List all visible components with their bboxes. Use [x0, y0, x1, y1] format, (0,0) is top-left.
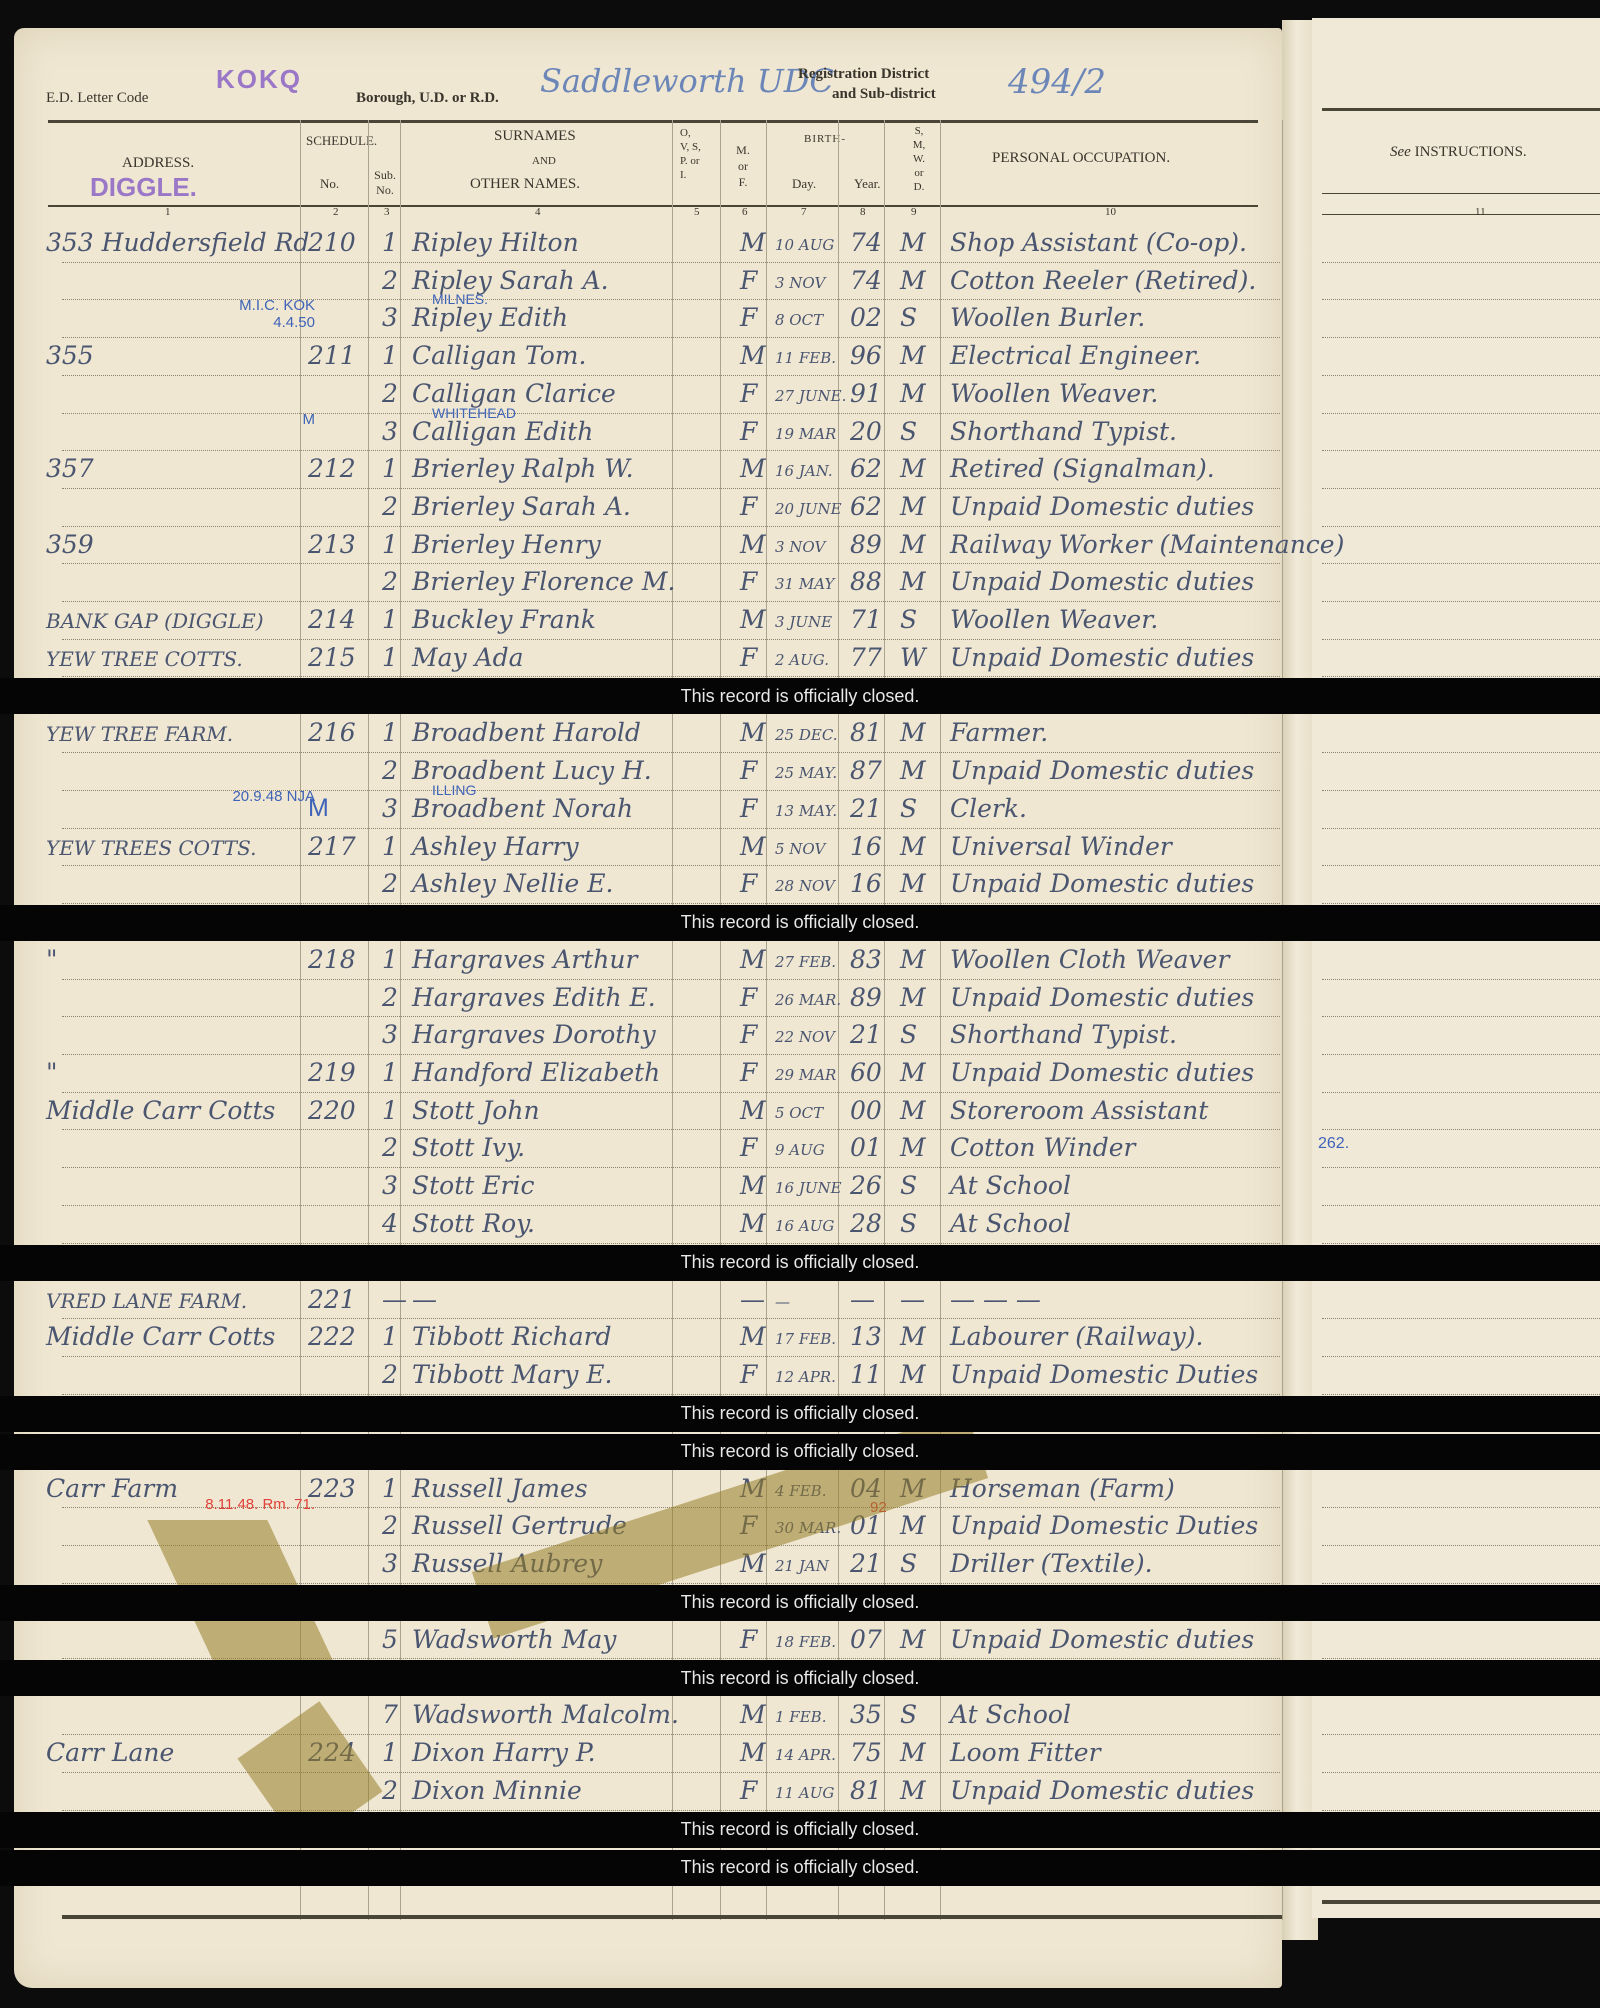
cell-sex: M: [740, 530, 766, 559]
closed-record-banner: This record is officially closed.: [0, 1585, 1600, 1621]
cell-schedule: 222: [308, 1322, 356, 1351]
cell-occupation: Farmer.: [950, 718, 1048, 747]
cell-sub: 3: [382, 794, 398, 823]
cell-name: Dixon Harry P.: [412, 1738, 596, 1767]
cell-name: Ashley Harry: [412, 832, 579, 861]
cell-sex: F: [740, 303, 757, 332]
cell-address: ": [46, 1058, 58, 1087]
column-divider: [720, 120, 721, 1920]
right-row-rule: [1322, 1772, 1600, 1773]
cell-marital: M: [900, 832, 926, 861]
cell-marital: M: [900, 530, 926, 559]
instructions-text: INSTRUCTIONS.: [1415, 144, 1527, 160]
cell-sub: 7: [382, 1700, 398, 1729]
cell-occupation: Railway Worker (Maintenance): [950, 530, 1344, 559]
cell-year: 89: [850, 983, 882, 1012]
cell-name: Broadbent Harold: [412, 718, 641, 747]
cell-occupation: Unpaid Domestic duties: [950, 643, 1254, 672]
cell-sub: 1: [382, 945, 398, 974]
registration-label-1: Registration District: [798, 66, 929, 83]
cell-sex: F: [740, 1058, 757, 1087]
col-birth-day: Day.: [792, 176, 816, 192]
cell-sub: 3: [382, 303, 398, 332]
cell-day: 16 JAN.: [775, 462, 833, 480]
column-divider: [940, 120, 941, 1920]
cell-sex: M: [740, 1171, 766, 1200]
cell-name: Calligan Tom.: [412, 341, 586, 370]
cell-sub: 1: [382, 530, 398, 559]
cell-sex: M: [740, 1700, 766, 1729]
cell-occupation: Unpaid Domestic Duties: [950, 1360, 1258, 1389]
cell-sex: F: [740, 1776, 757, 1805]
cell-sub: 2: [382, 1360, 398, 1389]
cell-sex: F: [740, 1360, 757, 1389]
cell-sub: 3: [382, 1549, 398, 1578]
cell-address: Carr Farm: [46, 1474, 178, 1503]
cell-occupation: Cotton Reeler (Retired).: [950, 266, 1256, 295]
right-row-rule: [1322, 1545, 1600, 1546]
col-address: ADDRESS.: [122, 155, 194, 172]
right-row-rule: [1322, 1394, 1600, 1395]
cell-sex: M: [740, 1209, 766, 1238]
cell-year: 02: [850, 303, 882, 332]
cell-sex: M: [740, 832, 766, 861]
row-rule: [62, 1092, 1280, 1093]
cell-name: Hargraves Arthur: [412, 945, 637, 974]
cell-address: YEW TREE FARM.: [46, 722, 233, 746]
cell-sub: 2: [382, 1511, 398, 1540]
cell-address: BANK GAP (DIGGLE): [46, 609, 264, 633]
right-row-rule: [1322, 1092, 1600, 1093]
row-rule: [62, 601, 1280, 602]
cell-marital: M: [900, 718, 926, 747]
right-row-rule: [1322, 1583, 1600, 1584]
cell-occupation: Unpaid Domestic duties: [950, 756, 1254, 785]
annotation-name: MILNES.: [432, 291, 488, 307]
cell-year: 74: [850, 266, 882, 295]
right-row-rule: [1322, 1507, 1600, 1508]
cell-sex: M: [740, 718, 766, 747]
cell-sex: —: [740, 1285, 765, 1314]
right-row-rule: [1322, 488, 1600, 489]
cell-year: 87: [850, 756, 882, 785]
cell-name: Stott Eric: [412, 1171, 534, 1200]
column-number: 1: [165, 206, 171, 218]
right-row-rule: [1322, 1016, 1600, 1017]
cell-year: 77: [850, 643, 882, 672]
column-number: 3: [384, 206, 390, 218]
col-schedule-sub: Sub. No.: [372, 168, 398, 198]
cell-day: 5 OCT: [775, 1104, 823, 1122]
cell-marital: W: [900, 643, 926, 672]
cell-sex: F: [740, 379, 757, 408]
cell-occupation: At School: [950, 1171, 1071, 1200]
row-rule: [62, 1772, 1280, 1773]
cell-marital: S: [900, 605, 917, 634]
column-number: 10: [1105, 206, 1116, 218]
cell-sub: 1: [382, 454, 398, 483]
cell-marital: M: [900, 454, 926, 483]
annotation-right: 262.: [1318, 1135, 1349, 1153]
col-instructions: See INSTRUCTIONS.: [1390, 144, 1527, 161]
cell-day: 25 DEC.: [775, 726, 838, 744]
cell-marital: S: [900, 1020, 917, 1049]
col-schedule: SCHEDULE.: [306, 133, 377, 149]
cell-marital: S: [900, 303, 917, 332]
row-rule: [62, 563, 1280, 564]
cell-address: 353 Huddersfield Rd: [46, 228, 309, 257]
closed-record-banner: This record is officially closed.: [0, 1434, 1600, 1470]
cell-day: 14 APR.: [775, 1746, 836, 1764]
cell-marital: M: [900, 1738, 926, 1767]
cell-occupation: At School: [950, 1209, 1071, 1238]
row-rule: [62, 979, 1280, 980]
cell-sub: 2: [382, 379, 398, 408]
cell-sub: —: [382, 1285, 407, 1314]
cell-sub: 3: [382, 1020, 398, 1049]
cell-occupation: Unpaid Domestic duties: [950, 869, 1254, 898]
cell-year: 21: [850, 1020, 882, 1049]
cell-name: Ashley Nellie E.: [412, 869, 613, 898]
cell-sub: 1: [382, 341, 398, 370]
row-rule: [62, 1318, 1280, 1319]
row-rule: [62, 488, 1280, 489]
right-row-rule: [1322, 375, 1600, 376]
cell-marital: —: [900, 1285, 925, 1314]
cell-occupation: Unpaid Domestic duties: [950, 567, 1254, 596]
cell-sub: 2: [382, 1776, 398, 1805]
annotation-left: M: [205, 411, 315, 428]
cell-schedule: 211: [308, 341, 356, 370]
cell-occupation: Clerk.: [950, 794, 1027, 823]
cell-name: Tibbott Mary E.: [412, 1360, 613, 1389]
cell-day: 11 FEB.: [775, 349, 836, 367]
cell-marital: M: [900, 945, 926, 974]
cell-name: Russell James: [412, 1474, 588, 1503]
cell-marital: S: [900, 1549, 917, 1578]
cell-occupation: Retired (Signalman).: [950, 454, 1215, 483]
annotation-left: 20.9.48 NJA: [205, 788, 315, 805]
right-row-rule: [1322, 1356, 1600, 1357]
column-divider: [400, 120, 401, 1920]
cell-day: 8 OCT: [775, 311, 823, 329]
right-row-rule: [1322, 676, 1600, 677]
annotation-left: 8.11.48. Rm. 71.: [205, 1496, 315, 1513]
right-row-rule: [1322, 752, 1600, 753]
row-rule: [62, 526, 1280, 527]
cell-sex: F: [740, 417, 757, 446]
cell-sex: M: [740, 454, 766, 483]
cell-address: 355: [46, 341, 94, 370]
column-number: 11: [1475, 206, 1486, 218]
cell-sex: F: [740, 1133, 757, 1162]
cell-sub: 2: [382, 756, 398, 785]
cell-sex: M: [740, 1096, 766, 1125]
cell-name: May Ada: [412, 643, 524, 672]
cell-sex: F: [740, 567, 757, 596]
right-bottom-rule: [1322, 1900, 1600, 1904]
cell-sub: 2: [382, 492, 398, 521]
cell-name: Tibbott Richard: [412, 1322, 612, 1351]
header-top-rule: [48, 120, 1258, 123]
cell-year: 89: [850, 530, 882, 559]
closed-record-banner: This record is officially closed.: [0, 1245, 1600, 1281]
cell-year: 83: [850, 945, 882, 974]
right-row-rule: [1322, 1129, 1600, 1130]
cell-name: Calligan Clarice: [412, 379, 616, 408]
cell-day: 18 FEB.: [775, 1633, 836, 1651]
row-rule: [62, 1054, 1280, 1055]
cell-day: 20 JUNE: [775, 500, 842, 518]
cell-occupation: Shorthand Typist.: [950, 417, 1177, 446]
cell-day: 5 NOV: [775, 840, 825, 858]
cell-marital: M: [900, 1776, 926, 1805]
cell-sub: 1: [382, 718, 398, 747]
cell-name: Brierley Florence M.: [412, 567, 675, 596]
cell-sex: F: [740, 643, 757, 672]
cell-sub: 1: [382, 1474, 398, 1503]
col-occupation: PERSONAL OCCUPATION.: [992, 150, 1170, 167]
cell-occupation: Electrical Engineer.: [950, 341, 1201, 370]
row-rule: [62, 1129, 1280, 1130]
col-birth-year: Year.: [854, 176, 881, 192]
annotation-name: ILLING: [432, 782, 476, 798]
right-row-rule: [1322, 563, 1600, 564]
column-divider: [766, 120, 767, 1920]
cell-marital: M: [900, 266, 926, 295]
cell-sub: 2: [382, 869, 398, 898]
cell-year: —: [850, 1285, 875, 1314]
right-row-rule: [1322, 413, 1600, 414]
closed-record-banner: This record is officially closed.: [0, 1812, 1600, 1848]
cell-day: 12 APR.: [775, 1368, 836, 1386]
cell-day: 17 FEB.: [775, 1330, 836, 1348]
cell-marital: S: [900, 1700, 917, 1729]
annotation-left: M.I.C. KOK 4.4.50: [205, 297, 315, 331]
cell-marital: M: [900, 341, 926, 370]
cell-year: 91: [850, 379, 882, 408]
cell-occupation: Loom Fitter: [950, 1738, 1101, 1767]
cell-day: 1 FEB.: [775, 1708, 826, 1726]
cell-marital: S: [900, 794, 917, 823]
cell-schedule: 213: [308, 530, 356, 559]
cell-name: Brierley Sarah A.: [412, 492, 631, 521]
cell-occupation: — — —: [950, 1285, 1041, 1314]
column-number: 8: [860, 206, 866, 218]
column-number: 2: [333, 206, 339, 218]
cell-day: 3 JUNE: [775, 613, 832, 631]
cell-year: 71: [850, 605, 882, 634]
cell-sex: F: [740, 794, 757, 823]
cell-sex: M: [740, 341, 766, 370]
cell-day: 11 AUG: [775, 1784, 834, 1802]
cell-day: 13 MAY.: [775, 802, 837, 820]
cell-day: 26 MAR.: [775, 991, 841, 1009]
row-rule: [62, 1243, 1280, 1244]
cell-name: Stott Roy.: [412, 1209, 535, 1238]
row-rule: [62, 752, 1280, 753]
cell-marital: M: [900, 492, 926, 521]
right-row-rule: [1322, 1054, 1600, 1055]
cell-year: 21: [850, 794, 882, 823]
right-row-rule: [1322, 903, 1600, 904]
cell-occupation: Unpaid Domestic duties: [950, 1625, 1254, 1654]
cell-name: Dixon Minnie: [412, 1776, 582, 1805]
cell-schedule: 217: [308, 832, 356, 861]
column-number: 4: [535, 206, 541, 218]
cell-name: Calligan Edith: [412, 417, 593, 446]
cell-sub: 3: [382, 417, 398, 446]
right-row-rule: [1322, 1243, 1600, 1244]
row-rule: [62, 903, 1280, 904]
right-row-rule: [1322, 979, 1600, 980]
cell-name: Ripley Hilton: [412, 228, 579, 257]
cell-year: 07: [850, 1625, 882, 1654]
cell-sex: F: [740, 756, 757, 785]
cell-sub: 1: [382, 1738, 398, 1767]
cell-address: VRED LANE FARM.: [46, 1289, 247, 1313]
cell-marital: M: [900, 228, 926, 257]
closed-record-banner: This record is officially closed.: [0, 905, 1600, 941]
row-rule: [62, 1356, 1280, 1357]
cell-marital: M: [900, 983, 926, 1012]
cell-day: 28 NOV: [775, 877, 835, 895]
cell-name: Broadbent Lucy H.: [412, 756, 652, 785]
closed-record-banner: This record is officially closed.: [0, 1850, 1600, 1886]
cell-sex: M: [740, 605, 766, 634]
col-names-2: AND: [532, 155, 556, 167]
cell-day: —: [775, 1293, 790, 1311]
cell-sub: 1: [382, 1096, 398, 1125]
cell-sex: F: [740, 869, 757, 898]
row-rule: [62, 1734, 1280, 1735]
cell-occupation: Universal Winder: [950, 832, 1172, 861]
annotation-name: WHITEHEAD: [432, 405, 516, 421]
cell-schedule: 212: [308, 454, 356, 483]
cell-marital: M: [900, 567, 926, 596]
cell-year: 26: [850, 1171, 882, 1200]
right-row-rule: [1322, 337, 1600, 338]
instructions-see: See: [1390, 144, 1411, 160]
row-rule: [62, 375, 1280, 376]
cell-year: 11: [850, 1360, 882, 1389]
cell-sex: F: [740, 266, 757, 295]
right-header-rule: [1322, 108, 1600, 111]
cell-day: 19 MAR: [775, 425, 836, 443]
cell-sub: 1: [382, 605, 398, 634]
closed-record-banner: This record is officially closed.: [0, 678, 1600, 714]
cell-schedule: 214: [308, 605, 356, 634]
row-rule: [62, 676, 1280, 677]
cell-name: Wadsworth Malcolm.: [412, 1700, 679, 1729]
column-divider: [368, 120, 369, 1920]
cell-year: 81: [850, 1776, 882, 1805]
cell-marital: M: [900, 869, 926, 898]
cell-occupation: Driller (Textile).: [950, 1549, 1153, 1578]
right-row-rule: [1322, 828, 1600, 829]
column-divider: [884, 120, 885, 1920]
cell-address: ": [46, 945, 58, 974]
cell-marital: M: [900, 1058, 926, 1087]
row-rule: [62, 639, 1280, 640]
cell-year: 13: [850, 1322, 882, 1351]
column-number: 9: [911, 206, 917, 218]
cell-occupation: Cotton Winder: [950, 1133, 1135, 1162]
cell-year: 20: [850, 417, 882, 446]
cell-address: 359: [46, 530, 94, 559]
cell-day: 3 NOV: [775, 274, 825, 292]
cell-schedule: 218: [308, 945, 356, 974]
right-row-rule: [1322, 639, 1600, 640]
right-row-rule: [1322, 1167, 1600, 1168]
page-bottom-rule: [62, 1915, 1282, 1919]
cell-occupation: Unpaid Domestic duties: [950, 1776, 1254, 1805]
cell-occupation: Unpaid Domestic duties: [950, 1058, 1254, 1087]
col-sex: M. or F.: [734, 142, 752, 190]
cell-sub: 2: [382, 266, 398, 295]
cell-day: 22 NOV: [775, 1028, 835, 1046]
right-row-rule: [1322, 790, 1600, 791]
cell-sub: 1: [382, 1058, 398, 1087]
cell-year: 62: [850, 454, 882, 483]
cell-occupation: Unpaid Domestic duties: [950, 983, 1254, 1012]
cell-sub: 1: [382, 228, 398, 257]
row-rule: [62, 1394, 1280, 1395]
cell-year: 88: [850, 567, 882, 596]
cell-schedule: 219: [308, 1058, 356, 1087]
row-rule: [62, 450, 1280, 451]
cell-year: 74: [850, 228, 882, 257]
cell-sub: 2: [382, 983, 398, 1012]
cell-year: 81: [850, 718, 882, 747]
closed-record-banner: This record is officially closed.: [0, 1660, 1600, 1696]
cell-marital: M: [900, 756, 926, 785]
cell-sub: 5: [382, 1625, 398, 1654]
cell-day: 21 JAN: [775, 1557, 829, 1575]
cell-day: 16 JUNE: [775, 1179, 842, 1197]
ed-letter-code-label: E.D. Letter Code: [46, 90, 148, 107]
col-names-1: SURNAMES: [494, 128, 576, 145]
right-row-rule: [1322, 601, 1600, 602]
cell-address: Carr Lane: [46, 1738, 174, 1767]
cell-occupation: Woollen Weaver.: [950, 379, 1158, 408]
cell-name: Stott Ivy.: [412, 1133, 525, 1162]
cell-year: 28: [850, 1209, 882, 1238]
cell-occupation: Woollen Cloth Weaver: [950, 945, 1229, 974]
cell-schedule: 223: [308, 1474, 356, 1503]
cell-sex: F: [740, 1625, 757, 1654]
cell-year: 62: [850, 492, 882, 521]
col-birth: BIRTH-: [804, 133, 846, 145]
registration-label-2: and Sub-district: [832, 86, 936, 103]
cell-year: 96: [850, 341, 882, 370]
right-row-rule: [1322, 865, 1600, 866]
cell-day: 29 MAR: [775, 1066, 836, 1084]
cell-sub: 1: [382, 832, 398, 861]
cell-year: 16: [850, 869, 882, 898]
col-ovspi: O, V, S, P. or I.: [680, 126, 702, 182]
cell-sub: 1: [382, 643, 398, 672]
cell-marital: M: [900, 1360, 926, 1389]
cell-sex: F: [740, 983, 757, 1012]
cell-sex: M: [740, 945, 766, 974]
cell-day: 31 MAY: [775, 575, 834, 593]
cell-marital: S: [900, 1209, 917, 1238]
right-row-rule: [1322, 1658, 1600, 1659]
right-row-rule: [1322, 526, 1600, 527]
cell-day: 16 AUG: [775, 1217, 834, 1235]
row-rule: [62, 262, 1280, 263]
